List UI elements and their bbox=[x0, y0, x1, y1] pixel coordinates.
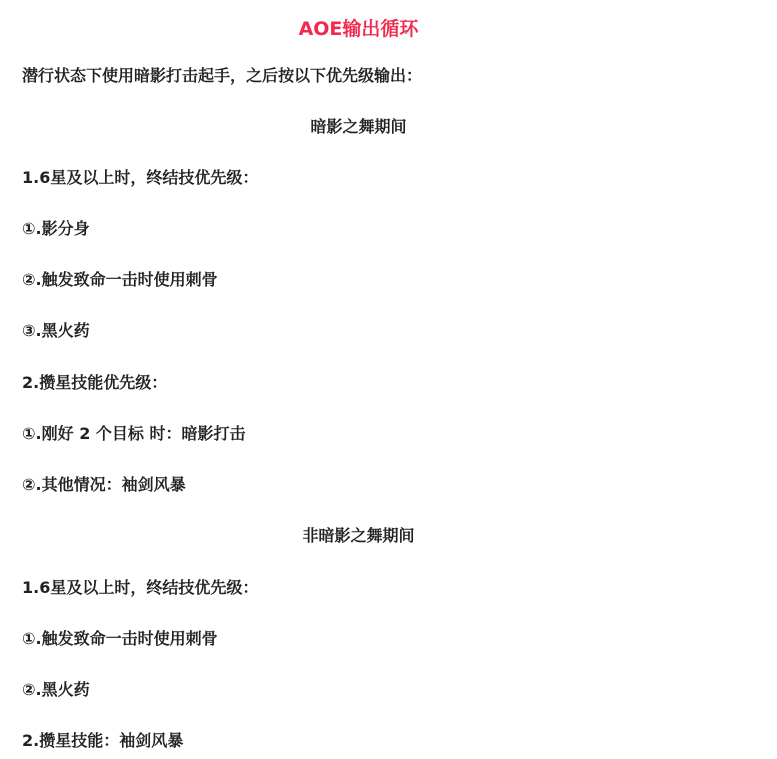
list-item: ②.其他情况：袖剑风暴 bbox=[22, 472, 186, 495]
list-item: ③.黑火药 bbox=[22, 318, 90, 341]
finisher-priority-label: 1.6星及以上时，终结技优先级： bbox=[22, 165, 258, 188]
finisher-priority-label: 1.6星及以上时，终结技优先级： bbox=[22, 575, 258, 598]
list-item: ①.刚好 2 个目标 时：暗影打击 bbox=[22, 421, 245, 444]
page-title: AOE输出循环 bbox=[0, 14, 717, 41]
list-item: ②.触发致命一击时使用刺骨 bbox=[22, 267, 218, 290]
section-heading-non-shadow-dance: 非暗影之舞期间 bbox=[0, 523, 717, 546]
list-item: ①.触发致命一击时使用刺骨 bbox=[22, 626, 218, 649]
builder-priority-label: 2.攒星技能优先级： bbox=[22, 370, 167, 393]
list-item: ②.黑火药 bbox=[22, 677, 90, 700]
builder-skill-label: 2.攒星技能：袖剑风暴 bbox=[22, 728, 183, 751]
section-heading-shadow-dance: 暗影之舞期间 bbox=[0, 114, 717, 137]
intro-text: 潜行状态下使用暗影打击起手，之后按以下优先级输出： bbox=[22, 63, 422, 86]
list-item: ①.影分身 bbox=[22, 216, 90, 239]
